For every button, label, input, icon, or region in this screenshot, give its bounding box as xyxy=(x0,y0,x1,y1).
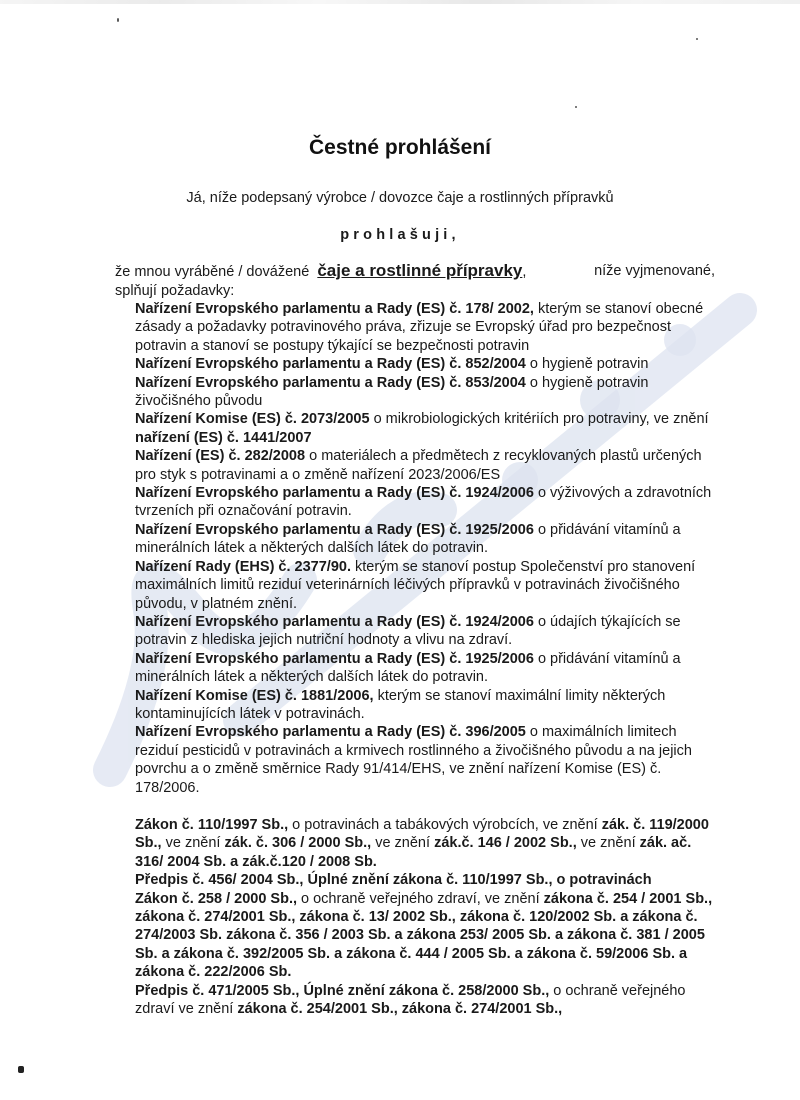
lead-tail: níže vyjmenované, xyxy=(594,262,715,281)
requirements-list: Nařízení Evropského parlamentu a Rady (E… xyxy=(135,300,715,1018)
regulation-item: Nařízení Evropského parlamentu a Rady (E… xyxy=(135,613,715,650)
regulation-item: Nařízení Evropského parlamentu a Rady (E… xyxy=(135,521,715,558)
lead-line2: splňují požadavky: xyxy=(115,283,234,299)
law-reference: Zákon č. 258 / 2000 Sb., xyxy=(135,891,297,907)
scan-speck xyxy=(117,18,119,22)
declaration-word: prohlašuji, xyxy=(0,227,800,243)
regulation-title: Nařízení Evropského parlamentu a Rady (E… xyxy=(135,724,526,740)
regulation-title: Nařízení Komise (ES) č. 1881/2006, xyxy=(135,688,374,704)
regulation-item: Nařízení Rady (EHS) č. 2377/90. kterým s… xyxy=(135,558,715,613)
regulation-item: Nařízení Evropského parlamentu a Rady (E… xyxy=(135,723,715,797)
regulation-description: o mikrobiologických kritériích pro potra… xyxy=(370,411,709,427)
regulation-item: Nařízení (ES) č. 282/2008 o materiálech … xyxy=(135,447,715,484)
lead-before: že mnou vyráběné / dovážené xyxy=(115,264,309,280)
regulation-item: Nařízení Komise (ES) č. 1881/2006, který… xyxy=(135,687,715,724)
product-name: čaje a rostlinné přípravky xyxy=(317,261,522,280)
regulation-title: Nařízení Evropského parlamentu a Rady (E… xyxy=(135,356,526,372)
regulation-item: Nařízení Evropského parlamentu a Rady (E… xyxy=(135,355,715,373)
regulation-title: Nařízení Evropského parlamentu a Rady (E… xyxy=(135,651,534,667)
regulation-description: o hygieně potravin xyxy=(526,356,649,372)
law-item: Předpis č. 456/ 2004 Sb., Úplné znění zá… xyxy=(135,871,715,889)
lead-after: , xyxy=(522,264,526,280)
regulation-title: Nařízení Evropského parlamentu a Rady (E… xyxy=(135,522,534,538)
regulation-item: Nařízení Evropského parlamentu a Rady (E… xyxy=(135,484,715,521)
regulation-title: Nařízení Evropského parlamentu a Rady (E… xyxy=(135,485,534,501)
law-reference: Předpis č. 456/ 2004 Sb., Úplné znění zá… xyxy=(135,872,652,888)
scan-speck xyxy=(696,38,698,40)
law-reference: zákona č. 254/2001 Sb., zákona č. 274/20… xyxy=(237,1001,562,1017)
law-text: ve znění xyxy=(371,835,434,851)
law-text: ve znění xyxy=(162,835,225,851)
law-reference: zák. č. 306 / 2000 Sb., xyxy=(224,835,371,851)
regulation-item: Nařízení Komise (ES) č. 2073/2005 o mikr… xyxy=(135,410,715,447)
scan-edge-artifact xyxy=(0,0,800,4)
regulation-amendment: nařízení (ES) č. 1441/2007 xyxy=(135,430,312,446)
section-gap xyxy=(135,797,715,816)
law-reference: Zákon č. 110/1997 Sb., xyxy=(135,817,288,833)
regulation-title: Nařízení (ES) č. 282/2008 xyxy=(135,448,305,464)
law-item: Předpis č. 471/2005 Sb., Úplné znění zák… xyxy=(135,982,715,1019)
scan-speck xyxy=(18,1066,24,1073)
regulation-title: Nařízení Komise (ES) č. 2073/2005 xyxy=(135,411,370,427)
regulation-title: Nařízení Evropského parlamentu a Rady (E… xyxy=(135,301,534,317)
lead-paragraph: níže vyjmenované, že mnou vyráběné / dov… xyxy=(115,262,715,300)
law-item: Zákon č. 258 / 2000 Sb., o ochraně veřej… xyxy=(135,890,715,982)
scan-speck xyxy=(575,106,577,108)
regulation-title: Nařízení Evropského parlamentu a Rady (E… xyxy=(135,614,534,630)
regulation-item: Nařízení Evropského parlamentu a Rady (E… xyxy=(135,650,715,687)
law-reference: Předpis č. 471/2005 Sb., Úplné znění zák… xyxy=(135,983,549,999)
regulation-item: Nařízení Evropského parlamentu a Rady (E… xyxy=(135,374,715,411)
law-text: o potravinách a tabákových výrobcích, ve… xyxy=(288,817,602,833)
law-text: ve znění xyxy=(577,835,640,851)
intro-line: Já, níže podepsaný výrobce / dovozce čaj… xyxy=(0,190,800,206)
law-reference: zák.č. 146 / 2002 Sb., xyxy=(434,835,577,851)
regulation-item: Nařízení Evropského parlamentu a Rady (E… xyxy=(135,300,715,355)
regulation-title: Nařízení Rady (EHS) č. 2377/90. xyxy=(135,559,351,575)
regulation-title: Nařízení Evropského parlamentu a Rady (E… xyxy=(135,375,526,391)
law-item: Zákon č. 110/1997 Sb., o potravinách a t… xyxy=(135,816,715,871)
law-text: o ochraně veřejného zdraví, ve znění xyxy=(297,891,544,907)
document-title: Čestné prohlášení xyxy=(0,136,800,160)
